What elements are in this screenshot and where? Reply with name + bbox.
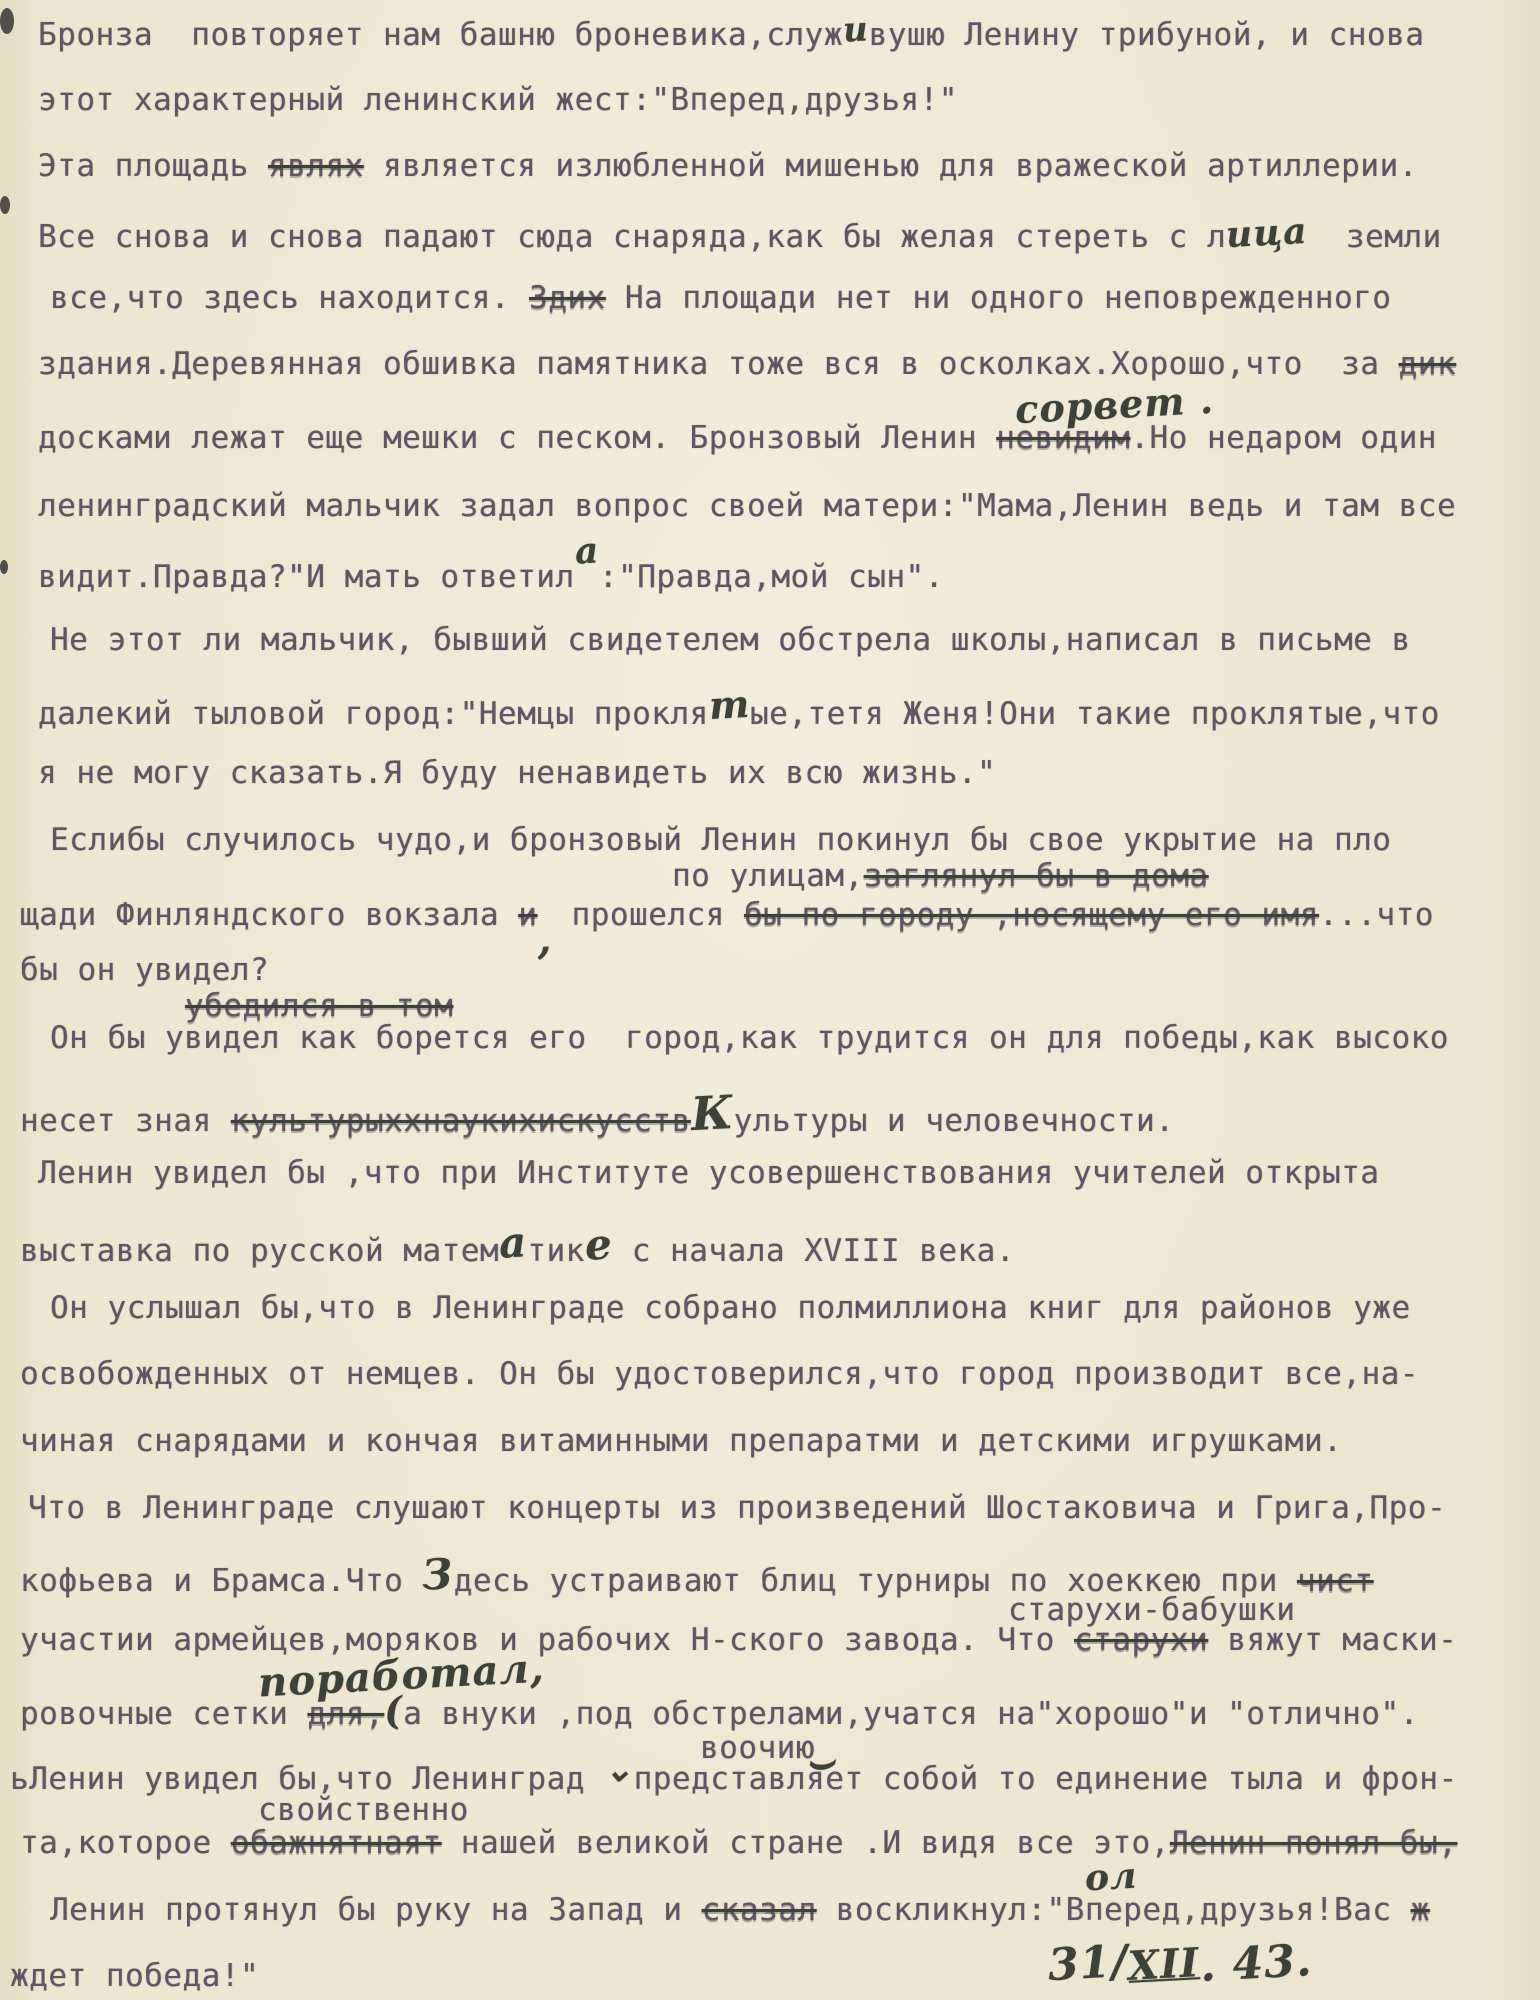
struck-text: убедился в том bbox=[185, 988, 453, 1024]
typewritten-text: Не этот ли мальчик, бывший свидетелем об… bbox=[50, 622, 1411, 658]
typewritten-text: с начала XVIII века. bbox=[613, 1233, 1015, 1269]
typewritten-text: :"Правда,мой сын". bbox=[599, 559, 944, 595]
typewritten-text: бы он увидел? bbox=[20, 952, 269, 988]
typewritten-text: прошелся bbox=[552, 897, 744, 933]
typewritten-text: досками лежат еще мешки с песком. Бронзо… bbox=[38, 420, 996, 456]
typewritten-text: Еслибы случилось чудо,и бронзовый Ленин … bbox=[50, 822, 1391, 858]
document-page: Бронза повторяет нам башню броневика,слу… bbox=[0, 0, 1540, 2000]
text-line-29: участии армейцев,моряков и рабочих Н-ско… bbox=[20, 1622, 1457, 1658]
text-line-25: чиная снарядами и кончая витаминными пре… bbox=[20, 1423, 1342, 1459]
typewritten-text: воскликнул:"Вперед,друзья!Вас bbox=[817, 1892, 1411, 1928]
typewritten-text: вушю Ленину трибуной, и снова bbox=[869, 17, 1425, 53]
typewritten-text: ...что bbox=[1319, 897, 1434, 933]
typewritten-text: .Но недаром один bbox=[1130, 420, 1437, 456]
typewritten-text: ждет победа!" bbox=[10, 1958, 259, 1994]
typewritten-text: щади Финляндского вокзала bbox=[20, 897, 518, 933]
handwritten-correction: ица bbox=[1225, 210, 1309, 256]
text-line-21: Ленин увидел бы ,что при Институте усове… bbox=[38, 1155, 1379, 1191]
text-line-16: щади Финляндского вокзала и, прошелся бы… bbox=[20, 888, 1434, 935]
typewritten-text: На площади нет ни одного неповрежденного bbox=[606, 280, 1392, 316]
typewritten-text: Все снова и снова падают сюда снаряда,ка… bbox=[38, 219, 1226, 255]
typewritten-text: Он услышал бы,что в Ленинграде собрано п… bbox=[50, 1290, 1411, 1326]
struck-text: чист bbox=[1297, 1563, 1374, 1599]
text-line-35: та,которое обажнятнаят нашей великой стр… bbox=[20, 1825, 1457, 1861]
typewritten-text: чиная снарядами и кончая витаминными пре… bbox=[20, 1423, 1342, 1459]
struck-text: бы по городу ,носящему его имя bbox=[744, 897, 1319, 933]
typewritten-text: все,что здесь находится. bbox=[50, 280, 529, 316]
struck-text: дик bbox=[1399, 346, 1457, 382]
text-line-33: ьЛенин увидел бы,что Ленинград ⌄представ… bbox=[10, 1758, 1458, 1798]
text-line-17: бы он увидел? bbox=[20, 952, 269, 988]
handwritten-correction: З bbox=[421, 1549, 455, 1600]
handwritten-correction: XII bbox=[1127, 1939, 1201, 1990]
struck-text: и bbox=[518, 897, 537, 933]
typewritten-text: является излюбленной мишенью для вражеск… bbox=[364, 148, 1418, 184]
text-line-3: Эта площадь являх является излюбленной м… bbox=[38, 148, 1418, 184]
handwritten-correction: , bbox=[536, 916, 553, 964]
handwritten-correction: 31/ bbox=[1047, 1936, 1130, 1991]
handwritten-correction: ⌄ bbox=[603, 1749, 635, 1790]
struck-text: сказал bbox=[702, 1892, 817, 1928]
typewritten-text: кофьева и Брамса.Что bbox=[20, 1563, 422, 1599]
typewritten-text: видит.Правда?"И мать ответил bbox=[38, 559, 575, 595]
text-line-38: ждет победа!" bbox=[10, 1958, 259, 1994]
struck-text: для, bbox=[307, 1696, 384, 1732]
text-line-8: досками лежат еще мешки с песком. Бронзо… bbox=[38, 420, 1437, 456]
struck-text: Ленин понял бы, bbox=[1170, 1825, 1457, 1861]
typewritten-text: свойственно bbox=[258, 1792, 469, 1828]
typewritten-text: Ленин увидел бы ,что при Институте усове… bbox=[38, 1155, 1379, 1191]
text-line-37: Ленин протянул бы руку на Запад и сказал… bbox=[50, 1892, 1430, 1928]
typewritten-text: ые,тетя Женя!Они такие проклятые,что bbox=[750, 696, 1440, 732]
text-line-20: несет зная культурыххнаукихискусствКульт… bbox=[20, 1088, 1174, 1142]
handwritten-correction: а bbox=[498, 1217, 529, 1267]
typewritten-text: несет зная bbox=[20, 1103, 231, 1139]
text-line-39: 31/XII. 43. bbox=[1048, 1938, 1312, 1989]
typewritten-text: освобожденных от немцев. Он бы удостовер… bbox=[20, 1356, 1419, 1392]
text-line-34: свойственно bbox=[258, 1792, 469, 1828]
struck-text: являх bbox=[268, 148, 364, 184]
typewritten-text: ультуры и человечности. bbox=[734, 1103, 1175, 1139]
paper-edge-mark bbox=[0, 8, 14, 34]
handwritten-correction: . 43. bbox=[1199, 1935, 1314, 1992]
typewritten-text: тик bbox=[527, 1233, 585, 1269]
text-line-10: видит.Правда?"И мать ответила:"Правда,мо… bbox=[38, 554, 944, 596]
typewritten-text: я не могу сказать.Я буду ненавидеть их в… bbox=[38, 755, 996, 791]
paper-edge-mark bbox=[0, 196, 10, 214]
typewritten-text: вяжут маски- bbox=[1208, 1622, 1457, 1658]
text-line-13: я не могу сказать.Я буду ненавидеть их в… bbox=[38, 755, 996, 791]
typewritten-text: Что в Ленинграде слушают концерты из про… bbox=[28, 1490, 1446, 1526]
struck-text: ж bbox=[1411, 1892, 1430, 1928]
handwritten-correction: К bbox=[689, 1085, 735, 1141]
text-line-12: далекий тыловой город:"Немцы проклятые,т… bbox=[38, 688, 1440, 733]
handwritten-correction: и bbox=[842, 9, 870, 50]
handwritten-correction: ( bbox=[383, 1688, 404, 1734]
typewritten-text: земли bbox=[1308, 219, 1442, 255]
typewritten-text: а внуки ,под обстрелами,учатся на"хорошо… bbox=[403, 1696, 1419, 1732]
text-line-5: все,что здесь находится. Здих На площади… bbox=[50, 280, 1391, 316]
text-line-19: Он бы увидел как борется его город,как т… bbox=[50, 1020, 1449, 1056]
typewritten-text: Бронза повторяет нам башню броневика,слу… bbox=[38, 17, 843, 53]
typewritten-text: та,которое bbox=[20, 1825, 231, 1861]
typewritten-text: Он бы увидел как борется его город,как т… bbox=[50, 1020, 1449, 1056]
struck-text: старухи bbox=[1074, 1622, 1208, 1658]
handwritten-correction: е bbox=[584, 1219, 614, 1269]
struck-text: Здих bbox=[529, 280, 606, 316]
text-line-11: Не этот ли мальчик, бывший свидетелем об… bbox=[50, 622, 1411, 658]
text-line-22: выставка по русской математике с начала … bbox=[20, 1222, 1015, 1271]
typewritten-text: Эта площадь bbox=[38, 148, 268, 184]
text-line-1: Бронза повторяет нам башню броневика,слу… bbox=[38, 14, 1424, 54]
typewritten-text: участии армейцев,моряков и рабочих Н-ско… bbox=[20, 1622, 1074, 1658]
struck-text: культурыххнаукихискусств bbox=[231, 1103, 691, 1139]
typewritten-text: нашей великой стране .И видя все это, bbox=[442, 1825, 1170, 1861]
handwritten-correction: а bbox=[574, 529, 600, 572]
typewritten-text: выставка по русской матем bbox=[20, 1233, 499, 1269]
text-line-23: Он услышал бы,что в Ленинграде собрано п… bbox=[50, 1290, 1411, 1326]
struck-text: обажнятнаят bbox=[231, 1825, 442, 1861]
typewritten-text: представляет собой то единение тыла и фр… bbox=[634, 1761, 1458, 1797]
text-line-4: Все снова и снова падают сюда снаряда,ка… bbox=[38, 214, 1442, 256]
text-line-2: этот характерный ленинский жест:"Вперед,… bbox=[38, 82, 958, 118]
typewritten-text: далекий тыловой город:"Немцы прокля bbox=[38, 696, 709, 732]
text-line-6: здания.Деревянная обшивка памятника тоже… bbox=[38, 346, 1456, 382]
struck-text: невидим bbox=[996, 420, 1130, 456]
text-line-18: убедился в том bbox=[185, 988, 453, 1024]
typewritten-text: этот характерный ленинский жест:"Вперед,… bbox=[38, 82, 958, 118]
typewritten-text: Ленин протянул бы руку на Запад и bbox=[50, 1892, 702, 1928]
text-line-14: Еслибы случилось чудо,и бронзовый Ленин … bbox=[50, 822, 1391, 858]
typewritten-text: ленинградский мальчик задал вопрос своей… bbox=[38, 488, 1456, 524]
typewritten-text: здания.Деревянная обшивка памятника тоже… bbox=[38, 346, 1399, 382]
text-line-24: освобожденных от немцев. Он бы удостовер… bbox=[20, 1356, 1419, 1392]
text-line-9: ленинградский мальчик задал вопрос своей… bbox=[38, 488, 1456, 524]
typewritten-text: ровочные сетки bbox=[20, 1696, 307, 1732]
handwritten-correction: т bbox=[708, 681, 752, 728]
paper-edge-mark bbox=[0, 560, 8, 574]
text-line-26: Что в Ленинграде слушают концерты из про… bbox=[28, 1490, 1446, 1526]
